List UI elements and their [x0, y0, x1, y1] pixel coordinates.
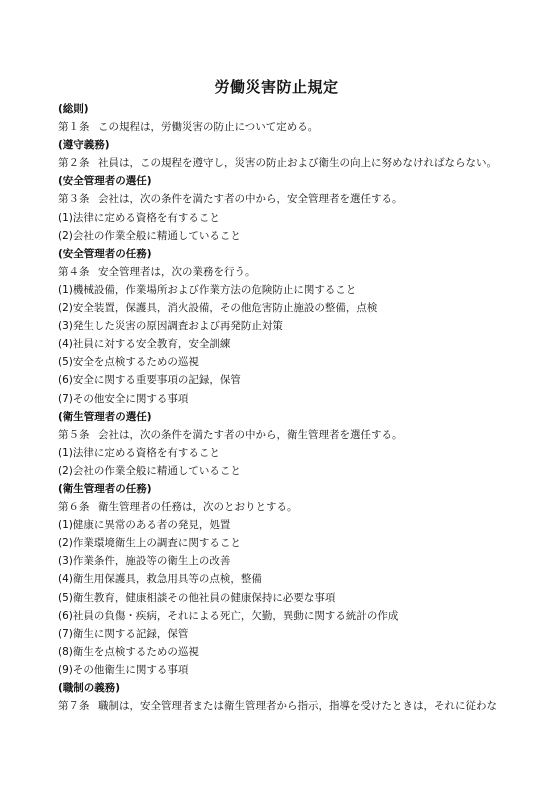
list-item: (1)法律に定める資格を有すること	[58, 209, 548, 227]
article-number: 第４条	[58, 263, 98, 281]
list-item: (2)会社の作業全般に精通していること	[58, 462, 548, 480]
list-item: (2)作業環境衛生上の調査に関すること	[58, 534, 548, 552]
article-line: 第６条衛生管理者の任務は，次のとおりとする。	[58, 498, 548, 516]
article-number: 第５条	[58, 426, 98, 444]
article-text: 安全管理者は，次の業務を行う。	[98, 266, 256, 278]
article-line: 第４条安全管理者は，次の業務を行う。	[58, 263, 548, 281]
article-line: 第５条会社は，次の条件を満たす者の中から，衛生管理者を選任する。	[58, 426, 548, 444]
list-item: (1)機械設備，作業場所および作業方法の危険防止に関すること	[58, 281, 548, 299]
list-item: (6)社員の負傷・疾病，それによる死亡，欠勤，異動に関する統計の作成	[58, 607, 548, 625]
article-line: 第３条会社は，次の条件を満たす者の中から，安全管理者を選任する。	[58, 190, 548, 208]
article-text: 会社は，次の条件を満たす者の中から，衛生管理者を選任する。	[98, 429, 403, 441]
list-item: (4)社員に対する安全教育，安全訓練	[58, 335, 548, 353]
section-heading: (安全管理者の選任)	[58, 172, 548, 190]
article-number: 第７条	[58, 697, 98, 715]
list-item: (7)衛生に関する記録，保管	[58, 625, 548, 643]
list-item: (1)法律に定める資格を有すること	[58, 444, 548, 462]
article-text: 会社は，次の条件を満たす者の中から，安全管理者を選任する。	[98, 193, 403, 205]
section-heading: (衛生管理者の選任)	[58, 408, 548, 426]
section-heading: (職制の義務)	[58, 679, 548, 697]
section-heading: (衛生管理者の任務)	[58, 480, 548, 498]
article-text: 衛生管理者の任務は，次のとおりとする。	[98, 501, 298, 513]
list-item: (1)健康に異常のある者の発見，処置	[58, 516, 548, 534]
article-line: 第７条職制は，安全管理者または衛生管理者から指示，指導を受けたときは，それに従わ…	[58, 697, 548, 715]
list-item: (7)その他安全に関する事項	[58, 390, 548, 408]
document-page: 労働災害防止規定 (総則)第１条この規程は，労働災害の防止について定める。(遵守…	[0, 0, 553, 789]
list-item: (6)安全に関する重要事項の記録，保管	[58, 371, 548, 389]
list-item: (5)安全を点検するための巡視	[58, 353, 548, 371]
section-heading: (総則)	[58, 100, 548, 118]
list-item: (8)衛生を点検するための巡視	[58, 643, 548, 661]
list-item: (4)衛生用保護具，救急用具等の点検，整備	[58, 570, 548, 588]
article-line: 第２条社員は，この規程を遵守し，災害の防止および衛生の向上に努めなければならない…	[58, 154, 548, 172]
article-number: 第２条	[58, 154, 98, 172]
article-number: 第３条	[58, 190, 98, 208]
article-line: 第１条この規程は，労働災害の防止について定める。	[58, 118, 548, 136]
article-text: 職制は，安全管理者または衛生管理者から指示，指導を受けたときは，それに従わな	[98, 700, 497, 712]
list-item: (2)会社の作業全般に精通していること	[58, 227, 548, 245]
article-number: 第１条	[58, 118, 98, 136]
section-heading: (遵守義務)	[58, 136, 548, 154]
list-item: (5)衛生教育，健康相談その他社員の健康保持に必要な事項	[58, 589, 548, 607]
document-title: 労働災害防止規定	[0, 76, 553, 97]
list-item: (3)作業条件，施設等の衛生上の改善	[58, 552, 548, 570]
article-text: 社員は，この規程を遵守し，災害の防止および衛生の向上に努めなければならない。	[98, 157, 497, 169]
article-text: この規程は，労働災害の防止について定める。	[98, 121, 318, 133]
article-number: 第６条	[58, 498, 98, 516]
document-body: (総則)第１条この規程は，労働災害の防止について定める。(遵守義務)第２条社員は…	[58, 100, 548, 715]
list-item: (3)発生した災害の原因調査および再発防止対策	[58, 317, 548, 335]
section-heading: (安全管理者の任務)	[58, 245, 548, 263]
list-item: (9)その他衛生に関する事項	[58, 661, 548, 679]
list-item: (2)安全装置，保護具，消火設備，その他危害防止施設の整備，点検	[58, 299, 548, 317]
